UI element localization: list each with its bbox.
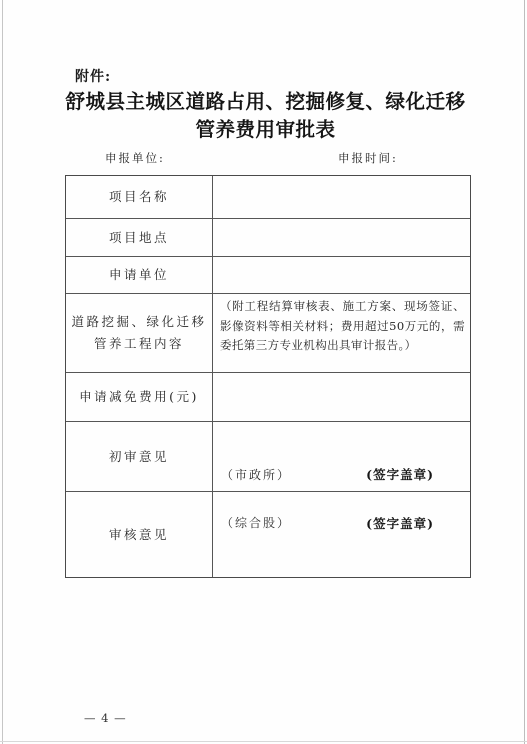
table-row-applicant-unit: 申请单位 <box>66 256 470 293</box>
table-row-fee-reduction: 申请减免费用(元) <box>66 372 470 421</box>
page-number: — 4 — <box>84 711 127 725</box>
row-value-project-location <box>213 219 470 256</box>
row-label-project-name: 项目名称 <box>66 176 213 218</box>
row-label-fee-reduction: 申请减免费用(元) <box>66 373 213 421</box>
initial-review-sign-seal: (签字盖章) <box>366 465 434 483</box>
document-title: 舒城县主城区道路占用、挖掘修复、绿化迁移 管养费用审批表 <box>58 88 473 144</box>
table-row-audit-review: 审核意见 （综合股） (签字盖章) <box>66 491 470 577</box>
row-value-audit-review: （综合股） (签字盖章) <box>213 492 470 577</box>
audit-review-dept: （综合股） <box>221 514 291 531</box>
table-row-project-name: 项目名称 <box>66 176 470 218</box>
row-label-project-location: 项目地点 <box>66 219 213 256</box>
declare-unit-label: 申报单位: <box>105 150 165 166</box>
declare-time-label: 申报时间: <box>338 150 398 166</box>
scanned-document-page: 附件: 舒城县主城区道路占用、挖掘修复、绿化迁移 管养费用审批表 申报单位: 申… <box>0 0 527 744</box>
row-value-project-name <box>213 176 470 218</box>
table-row-initial-review: 初审意见 （市政所） (签字盖章) <box>66 421 470 491</box>
project-content-note: （附工程结算审核表、施工方案、现场签证、影像资料等相关材料；费用超过50万元的，… <box>213 294 470 359</box>
row-label-project-content-line1: 道路挖掘、绿化迁移 <box>71 311 206 333</box>
scan-edge-bottom <box>0 741 527 742</box>
table-row-project-content: 道路挖掘、绿化迁移 管养工程内容 （附工程结算审核表、施工方案、现场签证、影像资… <box>66 293 470 372</box>
initial-review-dept: （市政所） <box>221 466 291 483</box>
row-value-applicant-unit <box>213 257 470 293</box>
approval-form-table: 项目名称 项目地点 申请单位 道路挖掘、绿化迁移 管养工程内容 （附工程结算审核… <box>65 175 471 578</box>
audit-review-sign-seal: (签字盖章) <box>366 514 434 532</box>
document-title-line1: 舒城县主城区道路占用、挖掘修复、绿化迁移 <box>58 88 473 116</box>
document-title-line2: 管养费用审批表 <box>58 116 473 144</box>
row-label-initial-review: 初审意见 <box>66 422 213 491</box>
scan-edge-left <box>2 0 3 744</box>
row-label-applicant-unit: 申请单位 <box>66 257 213 293</box>
row-label-project-content-line2: 管养工程内容 <box>94 333 184 355</box>
row-value-initial-review: （市政所） (签字盖章) <box>213 422 470 491</box>
attachment-label: 附件: <box>75 66 111 86</box>
row-label-audit-review: 审核意见 <box>66 492 213 577</box>
row-label-project-content: 道路挖掘、绿化迁移 管养工程内容 <box>66 294 213 372</box>
table-row-project-location: 项目地点 <box>66 218 470 256</box>
scan-edge-right <box>524 0 525 744</box>
row-value-project-content: （附工程结算审核表、施工方案、现场签证、影像资料等相关材料；费用超过50万元的，… <box>213 294 470 372</box>
row-value-fee-reduction <box>213 373 470 421</box>
